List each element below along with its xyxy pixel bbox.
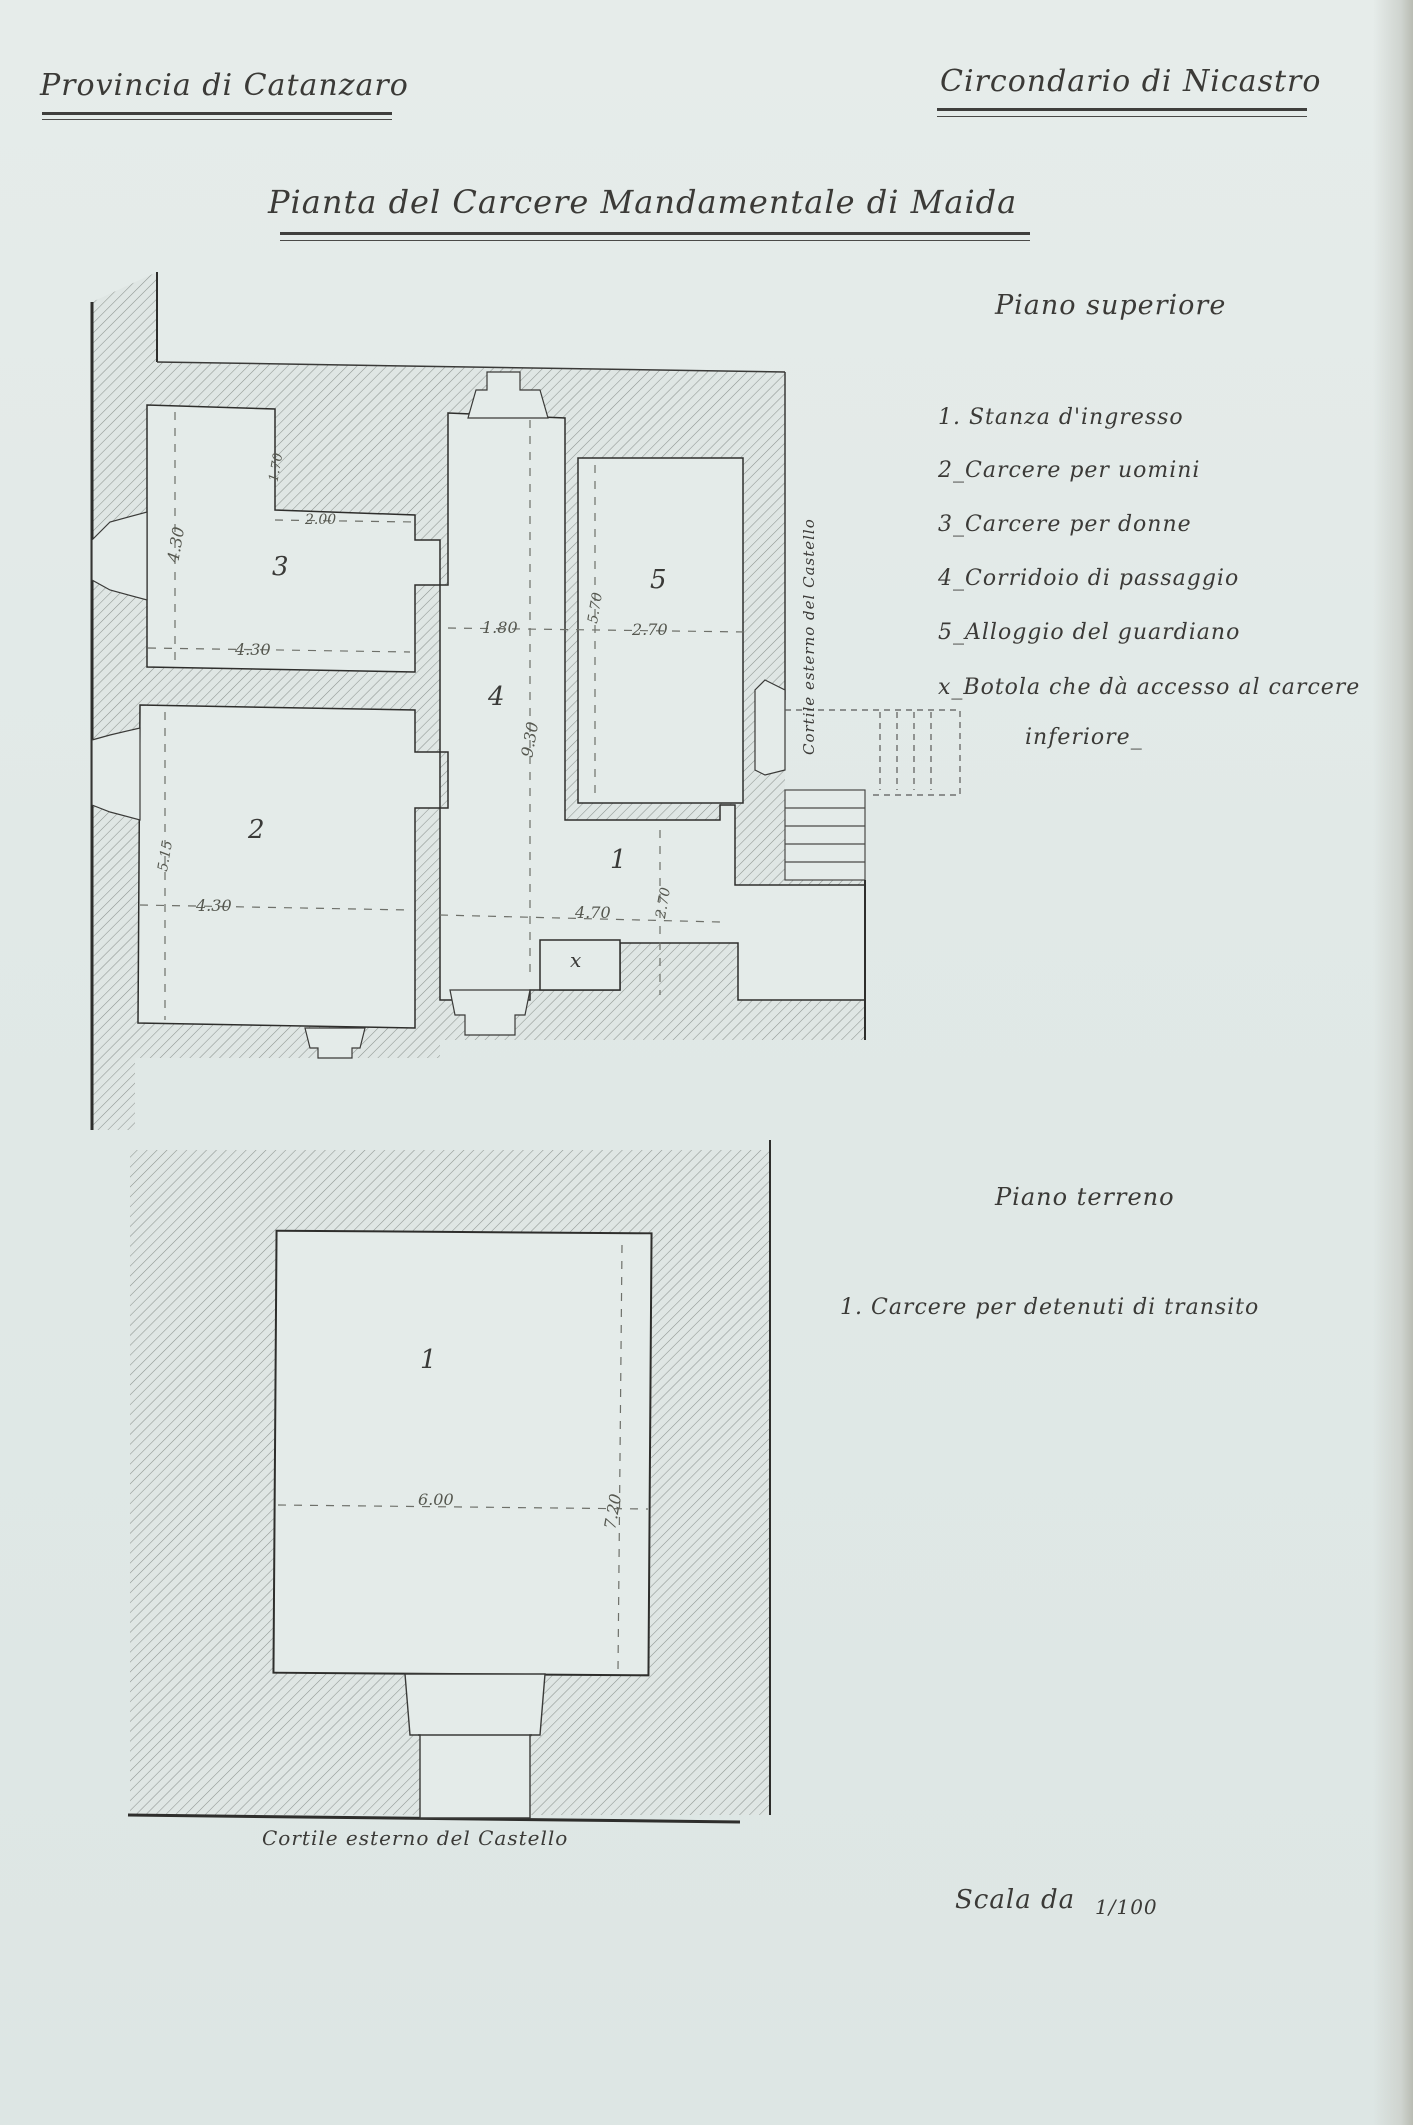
bottom-note-courtyard: Cortile esterno del Castello [262,1826,568,1850]
dim-corridor-width: 1.80 [482,618,518,637]
room-3-label: 3 [272,552,289,582]
room-2-label: 2 [248,815,265,845]
upper-floor-plan [92,272,960,1130]
floor-plan-drawing [0,0,1413,2125]
ground-floor-plan [128,1140,770,1822]
room-5-label: 5 [650,565,667,595]
room-4-label: 4 [488,682,505,712]
dim-room3-width-top: 2.00 [305,512,336,528]
ground-room-1-label: 1 [420,1345,437,1375]
trapdoor-x-label: x [570,948,581,972]
dim-room2-width: 4.30 [196,896,232,915]
dim-room5-width: 2.70 [632,620,668,639]
dim-ground-width: 6.00 [418,1490,454,1509]
room-1-label: 1 [610,845,627,875]
dim-room1-width: 4.70 [575,903,611,922]
dim-room3-width: 4.30 [235,640,271,659]
side-note-text: Cortile esterno del Castello [800,518,818,755]
